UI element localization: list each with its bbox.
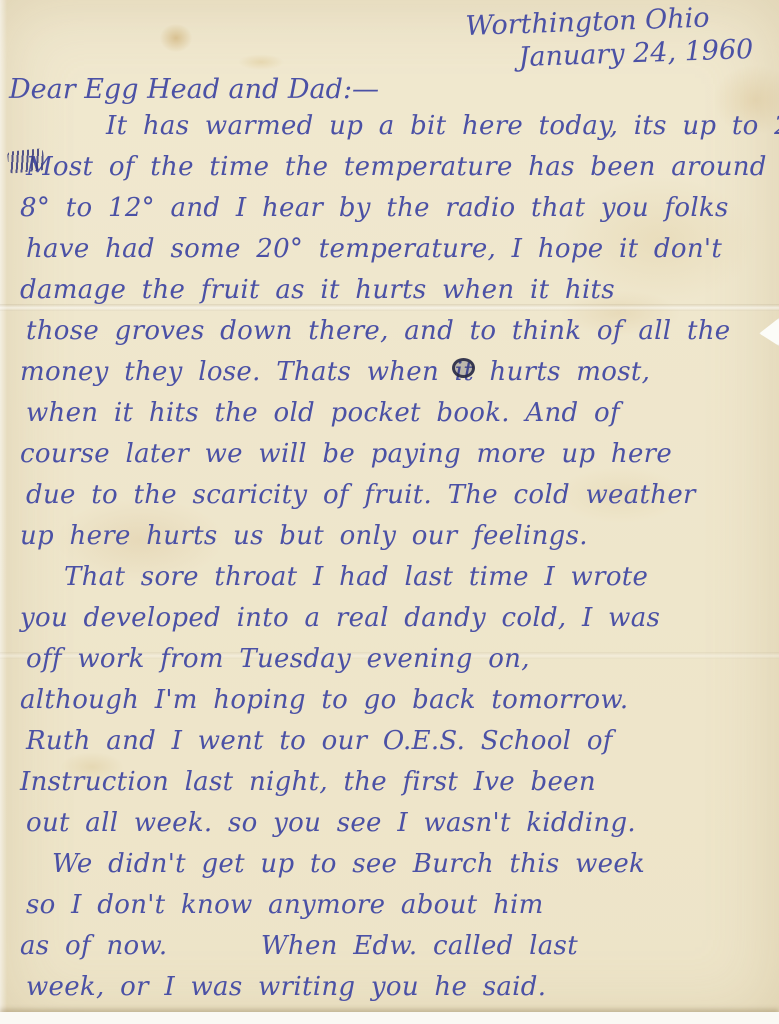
letter-line: money they lose. Thats when it hurts mos… bbox=[20, 352, 775, 393]
letter-page: Worthington Ohio January 24, 1960 Dear E… bbox=[0, 0, 779, 1024]
letter-line: as of now. When Edw. called last bbox=[20, 926, 775, 967]
letter-line: Ruth and I went to our O.E.S. School of bbox=[26, 721, 775, 762]
paper-stain bbox=[160, 24, 192, 52]
letter-line: We didn't get up to see Burch this week bbox=[52, 844, 775, 885]
letter-line: so I don't know anymore about him bbox=[26, 885, 775, 926]
ink-blot bbox=[452, 358, 475, 378]
letter-line: Most of the time the temperature has bee… bbox=[26, 147, 775, 188]
letter-line: those groves down there, and to think of… bbox=[26, 311, 775, 352]
letter-date: January 24, 1960 bbox=[518, 34, 754, 73]
letter-line: week, or I was writing you he said. bbox=[26, 967, 775, 1008]
letter-line: although I'm hoping to go back tomorrow. bbox=[20, 680, 775, 721]
letter-body: It has warmed up a bit here today, its u… bbox=[10, 106, 775, 1008]
letter-line: That sore throat I had last time I wrote bbox=[64, 557, 775, 598]
letter-salutation: Dear Egg Head and Dad:— bbox=[9, 74, 379, 105]
letter-line: It has warmed up a bit here today, its u… bbox=[106, 106, 775, 147]
letter-line: when it hits the old pocket book. And of bbox=[26, 393, 775, 434]
letter-line: course later we will be paying more up h… bbox=[20, 434, 775, 475]
paper-bottom-edge bbox=[0, 1012, 779, 1024]
letter-line: out all week. so you see I wasn't kiddin… bbox=[26, 803, 775, 844]
letter-line: damage the fruit as it hurts when it hit… bbox=[20, 270, 775, 311]
paper-stain bbox=[238, 54, 284, 70]
paper-left-edge bbox=[0, 0, 7, 1024]
letter-heading: Worthington Ohio January 24, 1960 bbox=[465, 1, 754, 75]
letter-line: 8° to 12° and I hear by the radio that y… bbox=[20, 188, 775, 229]
letter-line: Instruction last night, the first Ive be… bbox=[20, 762, 775, 803]
letter-line: you developed into a real dandy cold, I … bbox=[20, 598, 775, 639]
letter-line: off work from Tuesday evening on, bbox=[26, 639, 775, 680]
pen-scribble bbox=[7, 148, 45, 174]
letter-line: have had some 20° temperature, I hope it… bbox=[26, 229, 775, 270]
letter-line: due to the scaricity of fruit. The cold … bbox=[26, 475, 775, 516]
letter-line: up here hurts us but only our feelings. bbox=[20, 516, 775, 557]
